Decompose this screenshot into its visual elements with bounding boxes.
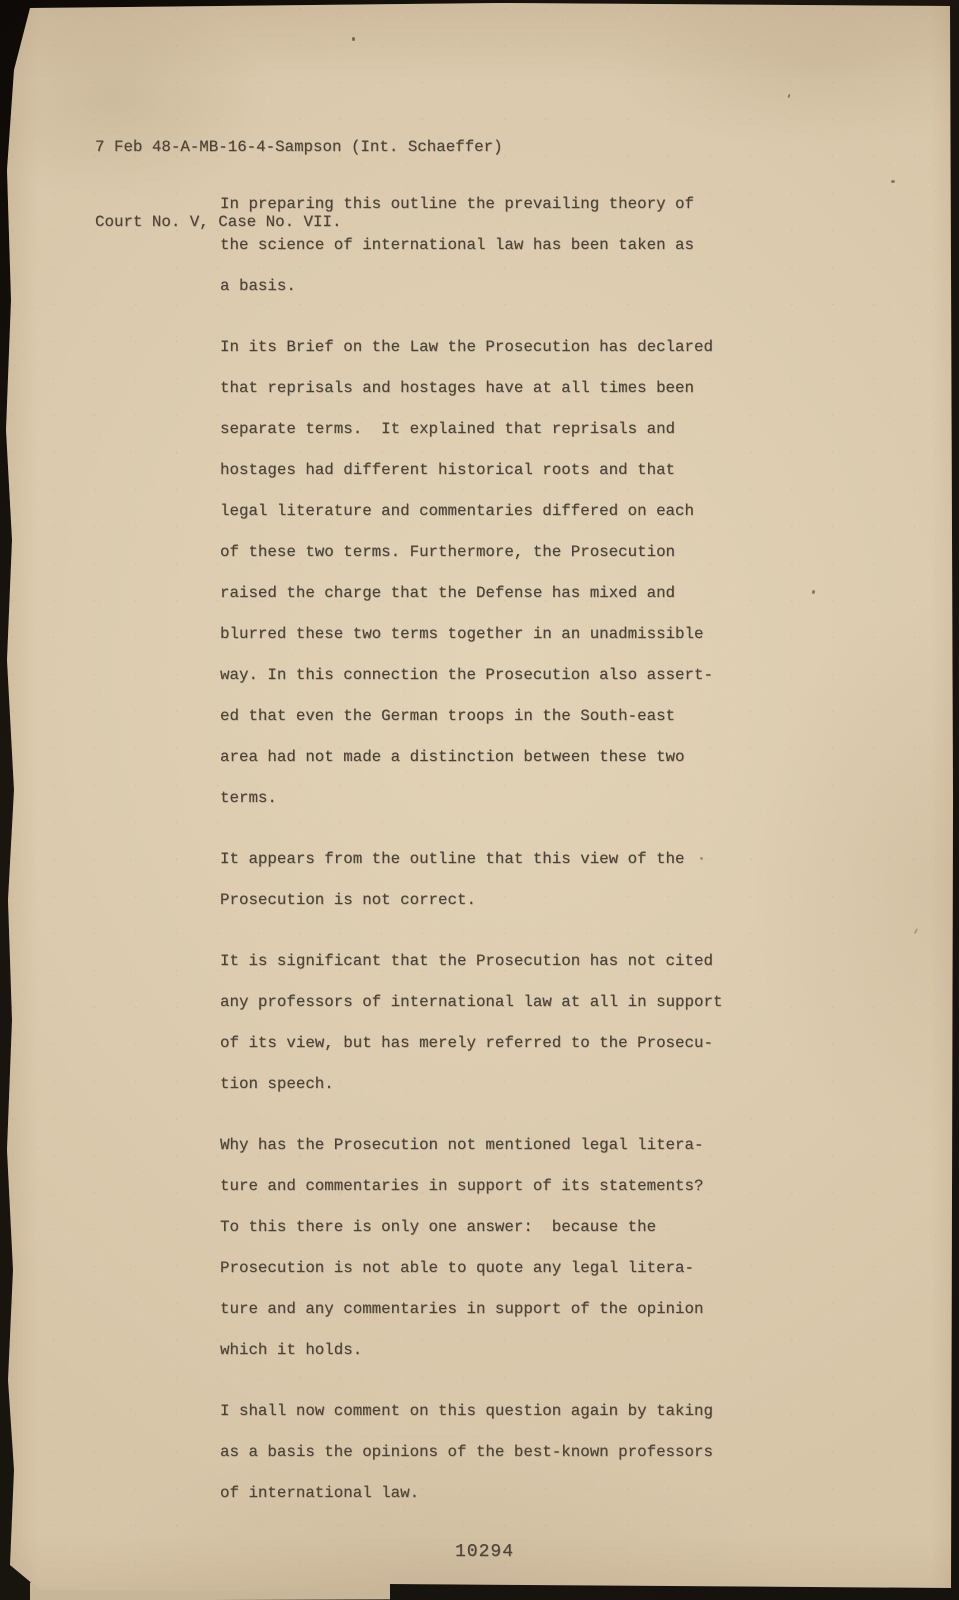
paper-speck <box>812 590 816 595</box>
text-line: I shall now comment on this question aga… <box>220 1391 722 1432</box>
text-line: blurred these two terms together in an u… <box>220 614 722 655</box>
text-line: ture and commentaries in support of its … <box>220 1166 722 1207</box>
page-number: 10294 <box>455 1542 514 1562</box>
text-line: way. In this connection the Prosecution … <box>220 655 722 696</box>
text-line: that reprisals and hostages have at all … <box>220 368 722 409</box>
text-line: separate terms. It explained that repris… <box>220 409 722 450</box>
paragraph: It is significant that the Prosecution h… <box>220 941 722 1105</box>
text-line: area had not made a distinction between … <box>220 737 722 778</box>
text-line: In preparing this outline the prevailing… <box>220 184 722 225</box>
text-line: as a basis the opinions of the best-know… <box>220 1432 722 1473</box>
text-line: ture and any commentaries in support of … <box>220 1289 722 1330</box>
text-line: Prosecution is not able to quote any leg… <box>220 1248 722 1289</box>
scanned-page: 7 Feb 48-A-MB-16-4-Sampson (Int. Schaeff… <box>0 0 959 1600</box>
paper-speck <box>352 37 355 41</box>
paragraph: Why has the Prosecution not mentioned le… <box>220 1125 722 1371</box>
paper-speck <box>891 180 895 183</box>
text-line: In its Brief on the Law the Prosecution … <box>220 327 722 368</box>
paragraph: I shall now comment on this question aga… <box>220 1391 722 1514</box>
text-line: which it holds. <box>220 1330 722 1371</box>
paper-speck <box>787 94 790 98</box>
text-line: tion speech. <box>220 1064 722 1105</box>
text-line: ed that even the German troops in the So… <box>220 696 722 737</box>
paragraph: In its Brief on the Law the Prosecution … <box>220 327 722 819</box>
paper-speck <box>700 857 703 860</box>
text-line: of international law. <box>220 1473 722 1514</box>
text-line: To this there is only one answer: becaus… <box>220 1207 722 1248</box>
text-line: It is significant that the Prosecution h… <box>220 941 722 982</box>
text-line: the science of international law has bee… <box>220 225 722 266</box>
paragraph: In preparing this outline the prevailing… <box>220 184 722 307</box>
text-line: legal literature and commentaries differ… <box>220 491 722 532</box>
text-line: Prosecution is not correct. <box>220 880 722 921</box>
header-line-1: 7 Feb 48-A-MB-16-4-Sampson (Int. Schaeff… <box>95 135 503 160</box>
text-line: raised the charge that the Defense has m… <box>220 573 722 614</box>
document-body: In preparing this outline the prevailing… <box>220 184 722 1534</box>
text-line: of these two terms. Furthermore, the Pro… <box>220 532 722 573</box>
text-line: hostages had different historical roots … <box>220 450 722 491</box>
text-line: Why has the Prosecution not mentioned le… <box>220 1125 722 1166</box>
paper-sheet: 7 Feb 48-A-MB-16-4-Sampson (Int. Schaeff… <box>0 0 959 1600</box>
text-line: terms. <box>220 778 722 819</box>
text-line: It appears from the outline that this vi… <box>220 839 722 880</box>
paper-speck <box>914 928 919 934</box>
paragraph: It appears from the outline that this vi… <box>220 839 722 921</box>
text-line: a basis. <box>220 266 722 307</box>
text-line: of its view, but has merely referred to … <box>220 1023 722 1064</box>
text-line: any professors of international law at a… <box>220 982 722 1023</box>
